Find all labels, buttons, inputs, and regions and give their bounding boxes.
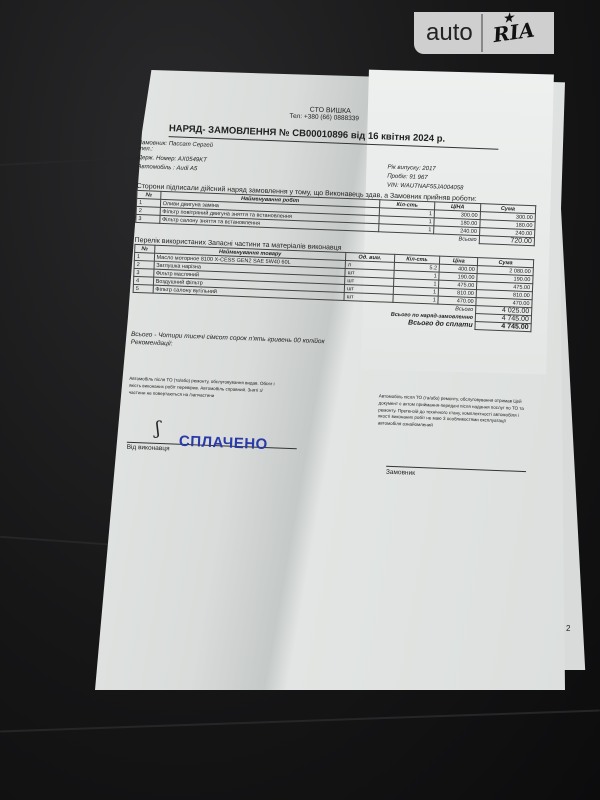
page-number: 2: [566, 624, 570, 633]
logo-auto-text: auto: [414, 19, 481, 47]
paid-stamp: СПЛАЧЕНО: [179, 433, 268, 453]
parts-table: № Найменування товару Од. вим. Кіл-сть Ц…: [132, 244, 535, 332]
pay-total: 4 745.00: [475, 322, 531, 332]
executor-disclaimer: Автомобіль після ТО (та/або) ремонту, об…: [128, 376, 279, 423]
logo-ria-text: ★RIA: [481, 18, 535, 49]
seat-seam: [0, 536, 120, 546]
plate-number: Держ. Номер: AX0549KT: [138, 155, 207, 164]
customer-disclaimer: Автомобіль після ТО (та/або) ремонту, об…: [378, 393, 529, 432]
seat-seam: [0, 710, 600, 733]
work-order-document: СТО ВИШКА Тел: +380 (66) 0888339 НАРЯД- …: [126, 100, 540, 481]
car-model: Автомобіль : Audi A5: [137, 164, 197, 172]
autoria-watermark: auto ★RIA: [414, 12, 554, 54]
executor-label: Від виконавця: [127, 443, 170, 452]
works-total: 720.00: [479, 236, 534, 246]
signature-mark: ʃ: [155, 418, 161, 439]
star-icon: ★: [502, 10, 515, 25]
seat-seam: [0, 156, 150, 166]
